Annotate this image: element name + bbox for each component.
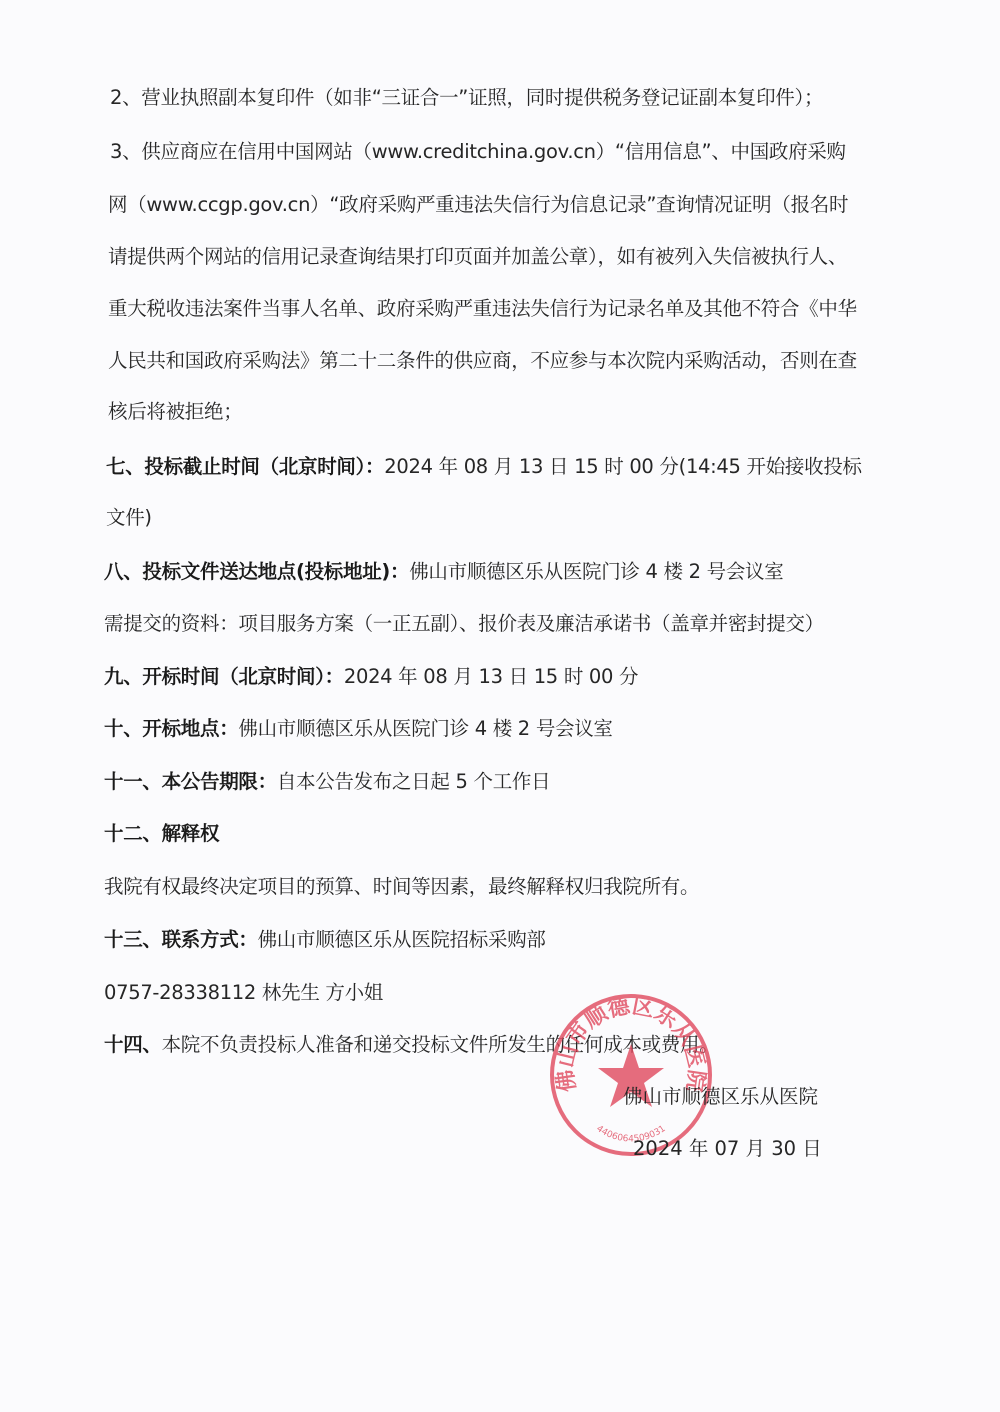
line-text: 核后将被拒绝； [108,400,242,423]
section-heading: 七、投标截止时间（北京时间）： [106,455,384,478]
line-item-3: 3、供应商应在信用中国网站（www.creditchina.gov.cn）“信用… [110,137,846,167]
line-text: 0757-28338112 林先生 方小姐 [104,981,383,1004]
line-text: 需提交的资料：项目服务方案（一正五副）、报价表及廉洁承诺书（盖章并密封提交） [104,612,824,635]
line-item-3-cont-4: 人民共和国政府采购法》第二十二条件的供应商，不应参与本次院内采购活动，否则在查 [108,346,857,376]
section-text: 自本公告发布之日起 5 个工作日 [277,770,551,793]
section-heading: 十二、解释权 [104,822,219,845]
line-text: 2、营业执照副本复印件（如非“三证合一”证照，同时提供税务登记证副本复印件）； [110,86,823,109]
line-text: 文件) [106,506,152,529]
section-heading: 十、开标地点： [104,717,238,740]
section-8-location: 八、投标文件送达地点(投标地址)：佛山市顺德区乐从医院门诊 4 楼 2 号会议室 [104,557,783,587]
line-text: 3、供应商应在信用中国网站（www.creditchina.gov.cn）“信用… [110,140,846,163]
line-text: 我院有权最终决定项目的预算、时间等因素，最终解释权归我院所有。 [104,875,699,898]
line-item-3-cont-5: 核后将被拒绝； [108,397,242,427]
section-heading: 九、开标时间（北京时间）： [104,665,344,688]
line-item-3-cont-1: 网（www.ccgp.gov.cn）“政府采购严重违法失信行为信息记录”查询情况… [108,190,848,220]
signature-date: 2024 年 07 月 30 日 [633,1134,822,1164]
section-heading: 八、投标文件送达地点(投标地址)： [104,560,409,583]
section-12-interpretation: 十二、解释权 [104,819,219,849]
section-9-opening-time: 九、开标时间（北京时间）：2024 年 08 月 13 日 15 时 00 分 [104,662,638,692]
section-text: 佛山市顺德区乐从医院门诊 4 楼 2 号会议室 [409,560,783,583]
section-text: 2024 年 08 月 13 日 15 时 00 分(14:45 开始接收投标 [384,455,861,478]
line-text: 人民共和国政府采购法》第二十二条件的供应商，不应参与本次院内采购活动，否则在查 [108,349,857,372]
required-materials: 需提交的资料：项目服务方案（一正五副）、报价表及廉洁承诺书（盖章并密封提交） [104,609,824,639]
section-10-opening-location: 十、开标地点：佛山市顺德区乐从医院门诊 4 楼 2 号会议室 [104,714,613,744]
section-heading: 十三、联系方式： [104,928,258,951]
section-text: 佛山市顺德区乐从医院门诊 4 楼 2 号会议室 [238,717,612,740]
section-7-deadline: 七、投标截止时间（北京时间）：2024 年 08 月 13 日 15 时 00 … [106,452,862,482]
section-13-contact: 十三、联系方式：佛山市顺德区乐从医院招标采购部 [104,925,546,955]
section-text: 佛山市顺德区乐从医院招标采购部 [258,928,546,951]
signature-organization: 佛山市顺德区乐从医院 [623,1082,818,1112]
contact-phone: 0757-28338112 林先生 方小姐 [104,978,383,1008]
section-heading: 十一、本公告期限： [104,770,277,793]
line-item-3-cont-2: 请提供两个网站的信用记录查询结果打印页面并加盖公章），如有被列入失信被执行人、 [108,242,847,272]
line-text: 请提供两个网站的信用记录查询结果打印页面并加盖公章），如有被列入失信被执行人、 [108,245,847,268]
section-heading: 十四、 [104,1033,162,1056]
line-item-2: 2、营业执照副本复印件（如非“三证合一”证照，同时提供税务登记证副本复印件）； [110,83,823,113]
section-text: 2024 年 08 月 13 日 15 时 00 分 [344,665,638,688]
section-11-period: 十一、本公告期限：自本公告发布之日起 5 个工作日 [104,767,550,797]
line-item-3-cont-3: 重大税收违法案件当事人名单、政府采购严重违法失信行为记录名单及其他不符合《中华 [108,294,857,324]
interpretation-text: 我院有权最终决定项目的预算、时间等因素，最终解释权归我院所有。 [104,872,699,902]
line-text: 重大税收违法案件当事人名单、政府采购严重违法失信行为记录名单及其他不符合《中华 [108,297,857,320]
section-7-cont: 文件) [106,503,152,533]
line-text: 网（www.ccgp.gov.cn）“政府采购严重违法失信行为信息记录”查询情况… [108,193,848,216]
